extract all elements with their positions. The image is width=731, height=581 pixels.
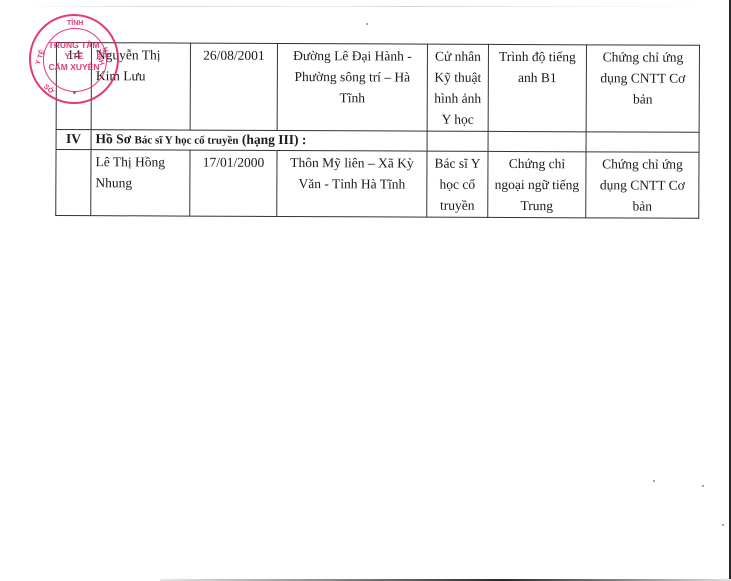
section-number: IV: [56, 130, 91, 150]
stamp-left-text: Y TẾ: [35, 49, 47, 66]
candidate-name: Nguyễn Thị Kim Lưu: [91, 43, 190, 130]
address: Đường Lê Đại Hành - Phường sông trí – Hà…: [277, 43, 427, 131]
table-row: 14 Nguyễn Thị Kim Lưu 26/08/2001 Đường L…: [56, 43, 699, 133]
empty-cell: [488, 131, 586, 151]
it-certificate: Chứng chỉ ứng dụng CNTT Cơ bản: [586, 45, 699, 132]
scan-speck: [702, 485, 704, 487]
it-certificate: Chứng chỉ ứng dụng CNTT Cơ bản: [586, 152, 699, 218]
date-of-birth: 17/01/2000: [190, 150, 277, 216]
stamp-bottom-text: SỞ: [42, 83, 55, 95]
language-certificate: Trình độ tiếng anh B1: [488, 44, 586, 131]
empty-cell: [427, 131, 488, 151]
candidate-table: 14 Nguyễn Thị Kim Lưu 26/08/2001 Đường L…: [55, 42, 700, 219]
degree: Cử nhân Kỹ thuật hình ảnh Y học: [427, 44, 488, 131]
section-title-prefix: Hồ Sơ: [96, 131, 132, 146]
scan-speck: [366, 23, 368, 25]
scan-speck: [653, 480, 655, 482]
candidate-name: Lê Thị Hồng Nhung: [91, 150, 190, 216]
row-number: 14: [56, 43, 91, 130]
section-title-rank: (hạng III) :: [242, 132, 307, 147]
scan-shadow: [20, 6, 720, 7]
section-title-position: Bác sĩ Y học cổ truyền: [135, 134, 239, 146]
section-header-row: IV Hồ Sơ Bác sĩ Y học cổ truyền (hạng II…: [56, 130, 699, 153]
empty-cell: [586, 132, 699, 152]
scan-speck: [722, 524, 724, 526]
section-title: Hồ Sơ Bác sĩ Y học cổ truyền (hạng III) …: [91, 130, 427, 151]
table-row: Lê Thị Hồng Nhung 17/01/2000 Thôn Mỹ liê…: [56, 150, 699, 219]
language-certificate: Chứng chỉ ngoại ngữ tiếng Trung: [488, 151, 586, 217]
row-number: [56, 150, 91, 216]
date-of-birth: 26/08/2001: [190, 43, 277, 130]
degree: Bác sĩ Y học cổ truyền: [427, 151, 488, 217]
address: Thôn Mỹ liên – Xã Kỳ Văn - Tỉnh Hà Tĩnh: [277, 150, 427, 217]
stamp-top-text: TỈNH: [67, 20, 83, 27]
